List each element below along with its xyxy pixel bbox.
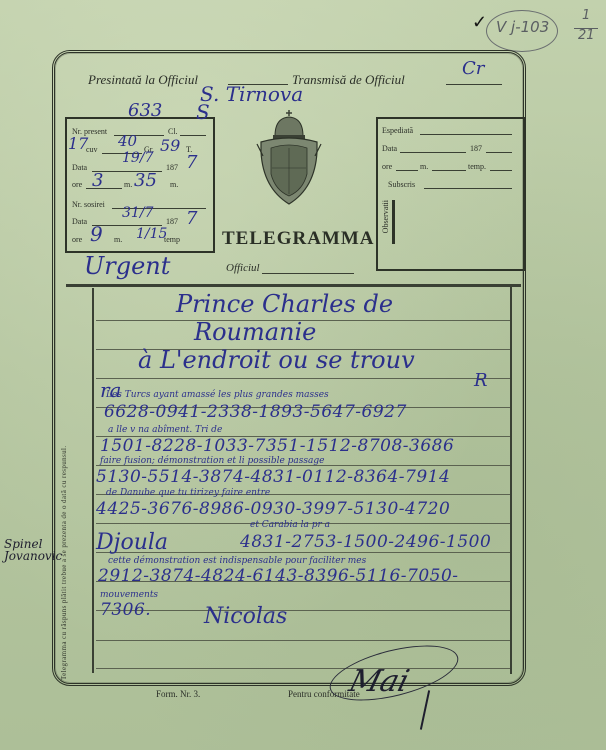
rb-data-label: Data: [382, 144, 397, 153]
code-line-2: 1501-8228-1033-7351-1512-8708-3686: [100, 436, 454, 456]
rb-year-label: 187: [470, 144, 482, 153]
year2-label: 187: [166, 217, 178, 226]
gloss-line-2: a lle v na abîment. Tri de: [108, 425, 222, 435]
data2-value: 31/7: [122, 205, 153, 221]
data-value: 19/7: [122, 150, 153, 166]
reply-instructions: Telegramma cu răspuns plătit trebue a se…: [60, 320, 70, 680]
m3-label: m.: [114, 235, 122, 244]
urgency-handwritten: Urgent: [84, 252, 170, 280]
djoula-prefix: Djoula: [96, 530, 168, 555]
rb-ore-label: ore: [382, 162, 392, 171]
dispatch-box: [376, 117, 526, 271]
m-label: m.: [124, 180, 132, 189]
code-line-3: 5130-5514-3874-4831-0112-8364-7914: [96, 467, 450, 487]
rb-ore-line: [396, 170, 418, 171]
rb-m-line: [432, 170, 466, 171]
address-line-1: Prince Charles de: [176, 290, 393, 318]
gloss-line-3: faire fusion; démonstration et li possib…: [100, 456, 324, 466]
nr-present-value: 633: [128, 100, 162, 121]
transmitted-line: [446, 84, 502, 85]
sender-signature: Nicolas: [204, 604, 287, 629]
gloss-line-4: de Danube que tu tirizey faire entre: [106, 488, 270, 498]
code-line-4: 4425-3676-8986-0930-3997-5130-4720: [96, 499, 450, 519]
transmitted-label: Transmisă de Officiul: [292, 72, 405, 88]
gloss-line-6: cette démonstration est indispensable po…: [108, 556, 366, 566]
address-line-2: Roumanie: [194, 318, 316, 346]
ore2-label: ore: [72, 235, 82, 244]
rb-temp-label: temp.: [468, 162, 486, 171]
address-line-3: à L'endroit ou se trouv: [138, 346, 415, 374]
archive-mark: ✓ V j-103 1 21: [470, 6, 600, 46]
gloss-line-1: Les Turcs ayant amassé les plus grandes …: [106, 390, 329, 400]
observatii-label: Observatii: [381, 200, 390, 233]
year-label: 187: [166, 163, 178, 172]
signature-tail: [420, 690, 430, 730]
coat-of-arms-icon: [253, 108, 325, 216]
initial-mark: R: [474, 370, 488, 391]
observatii-bracket: [392, 200, 395, 244]
m2-label: m.: [170, 180, 178, 189]
data2-label: Data: [72, 217, 87, 226]
year-value: 7: [186, 152, 197, 173]
rule-12: [96, 640, 510, 641]
m-value: 35: [134, 170, 157, 191]
cl-label: Cl.: [168, 127, 178, 136]
rb-year-line: [486, 152, 512, 153]
rule-11: [96, 610, 510, 611]
temp-label: temp: [164, 235, 180, 244]
origin-handwritten: S. Tirnova: [200, 82, 303, 106]
form-number: Form. Nr. 3.: [156, 689, 200, 699]
margin-handwritten: Spinel Jovanovic: [4, 538, 94, 562]
ore2-value: 9: [90, 222, 103, 246]
expediata-label: Espediată: [382, 126, 413, 135]
cl-value: S: [196, 100, 210, 124]
document-title: TELEGRAMMA: [222, 228, 375, 250]
nr-sosirei-label: Nr. sosirei: [72, 200, 105, 209]
year2-value: 7: [186, 208, 197, 229]
corner-mark: Cr: [462, 58, 484, 79]
cl-line: [180, 135, 206, 136]
expediata-line: [420, 134, 512, 135]
checkmark-icon: ✓: [472, 12, 486, 30]
ore-line: [86, 188, 122, 189]
code-line-7: 7306.: [100, 600, 151, 620]
code-line-1: 6628-0941-2338-1893-5647-6927: [104, 402, 407, 422]
subscris-label: Subscris: [388, 180, 415, 189]
gloss-line-7: mouvements: [100, 590, 158, 600]
message-separator: [66, 284, 521, 287]
gr-value: 59: [160, 136, 180, 155]
archive-fraction-top: 1: [582, 8, 590, 23]
rb-temp-line: [490, 170, 512, 171]
presented-label: Presintată la Officiul: [88, 72, 198, 88]
ore-label: ore: [72, 180, 82, 189]
officiul-label: Officiul: [226, 262, 260, 274]
code-line-5: 4831-2753-1500-2496-1500: [240, 532, 491, 552]
archive-reference: V j-103: [496, 18, 549, 36]
cuv-label: cuv: [86, 145, 98, 154]
rb-m-label: m.: [420, 162, 428, 171]
gloss-line-5: et Carabia la pr a: [250, 520, 330, 530]
archive-fraction-bottom: 21: [578, 28, 595, 43]
rb-data-line: [400, 152, 466, 153]
officiul-line: [262, 273, 354, 274]
m3-value: 1/15: [136, 226, 167, 242]
code-line-6: 2912-3874-4824-6143-8396-5116-7050-: [98, 566, 459, 586]
rule-3: [96, 378, 510, 379]
data-label: Data: [72, 163, 87, 172]
subscris-line: [424, 188, 512, 189]
frame-right-rule: [510, 284, 512, 674]
cuv-value: 40: [118, 132, 137, 150]
